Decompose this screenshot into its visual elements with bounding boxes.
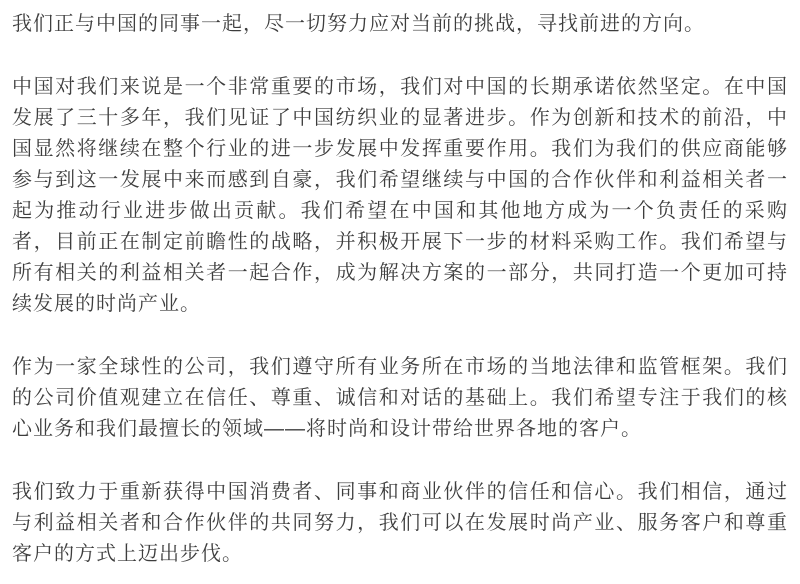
- paragraph-regain-trust: 我们致力于重新获得中国消费者、同事和商业伙伴的信任和信心。我们相信，通过与利益相…: [12, 477, 788, 570]
- document-body: 我们正与中国的同事一起，尽一切努力应对当前的挑战，寻找前进的方向。 中国对我们来…: [0, 0, 800, 570]
- paragraph-global-company: 作为一家全球性的公司，我们遵守所有业务所在市场的当地法律和监管框架。我们的公司价…: [12, 352, 788, 445]
- paragraph-intro: 我们正与中国的同事一起，尽一切努力应对当前的挑战，寻找前进的方向。: [12, 9, 788, 40]
- paragraph-china-market: 中国对我们来说是一个非常重要的市场，我们对中国的长期承诺依然坚定。在中国发展了三…: [12, 72, 788, 320]
